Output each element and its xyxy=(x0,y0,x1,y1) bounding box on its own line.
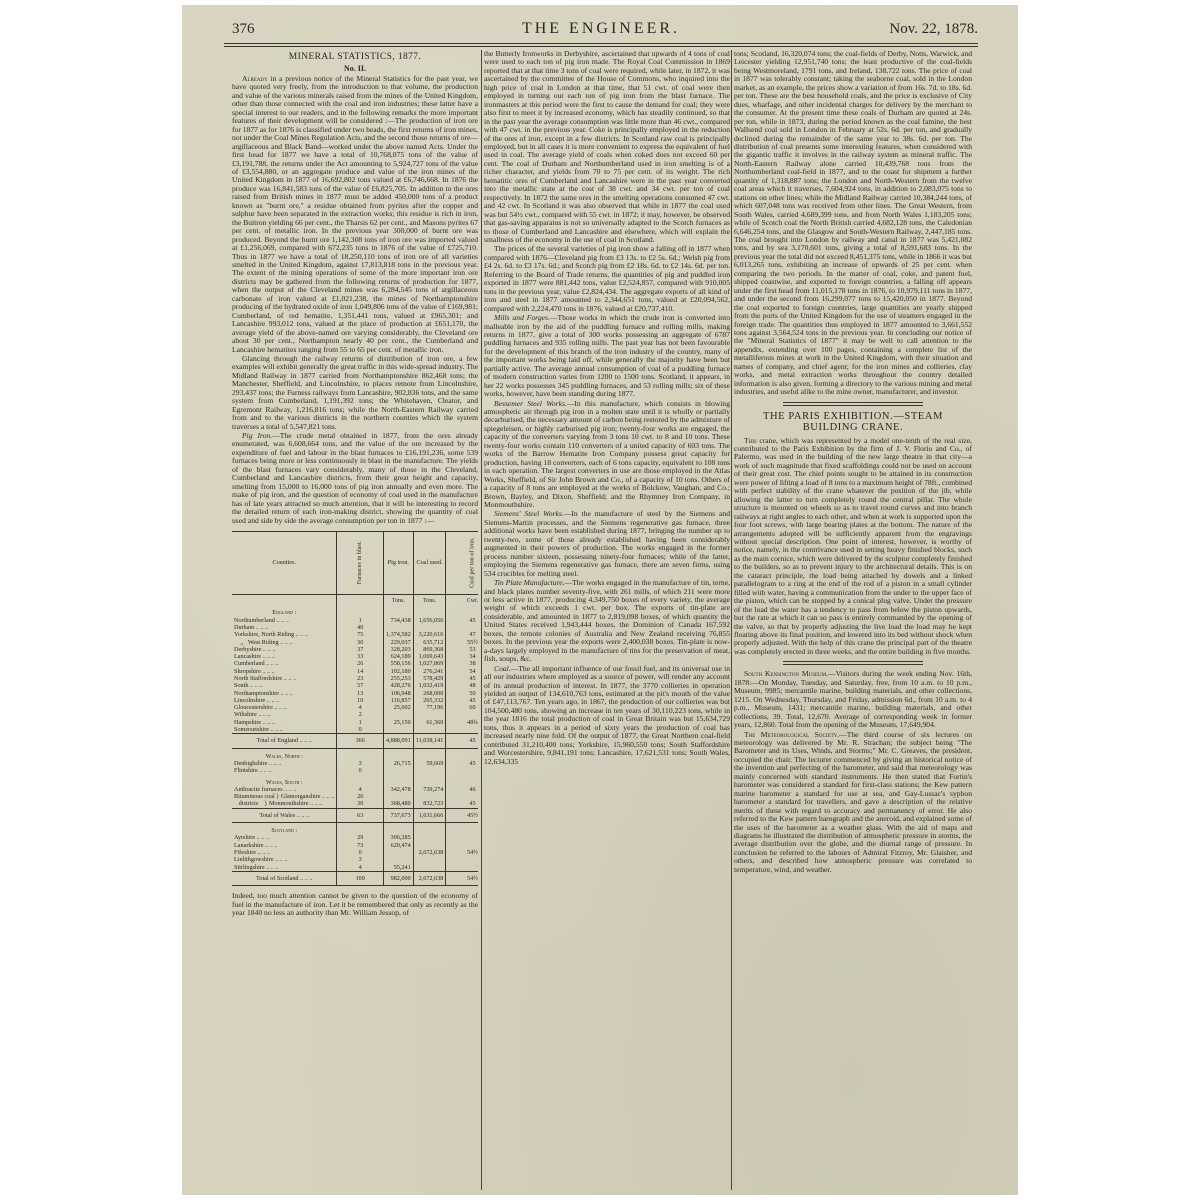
paragraph: Glancing through the railway returns of … xyxy=(232,355,478,431)
section-label: Wales, South : xyxy=(232,775,337,786)
issue-date: Nov. 22, 1878. xyxy=(889,21,978,38)
coal-per-ton-cwt: 46 xyxy=(446,786,478,793)
furnaces-count: 29 xyxy=(337,834,383,841)
pig-iron-coal-table: Counties. Furnaces in blast. Pig iron. C… xyxy=(232,531,478,886)
table-row: Fifeshire .. .. ..02,672,63854½ xyxy=(232,849,478,856)
coal-used-tons xyxy=(413,834,446,841)
coal-used-tons: 77,196 xyxy=(413,704,446,711)
column-header-furnaces: Furnaces in blast. xyxy=(337,532,383,595)
coal-per-ton-cwt: 60 xyxy=(446,704,478,711)
pig-iron-tons: 26,715 xyxy=(383,760,413,767)
county-name: Flintshire .. .. .. xyxy=(232,767,337,774)
coal-per-ton-cwt: 54½ xyxy=(446,849,478,856)
furnaces-count: 37 xyxy=(337,646,383,653)
table-cell xyxy=(446,775,478,786)
county-name: Yorkshire, North Riding .. .. .. xyxy=(232,631,337,638)
county-name: Durham .. .. .. xyxy=(232,624,337,631)
pig-iron-tons: 734,438 xyxy=(383,617,413,624)
table-row: North Staffordshire .. .. ..23255,253578… xyxy=(232,675,478,682)
masthead: 376 THE ENGINEER. Nov. 22, 1878. xyxy=(224,19,978,41)
table-cell xyxy=(337,605,383,616)
coal-used-tons xyxy=(413,624,446,631)
coal-per-ton-cwt xyxy=(446,842,478,849)
coal-used-tons xyxy=(413,856,446,863)
coal-used-tons: 1,069,643 xyxy=(413,653,446,660)
furnaces-count: 14 xyxy=(337,668,383,675)
table-row: Northumberland .. .. ..1734,4381,656,056… xyxy=(232,617,478,624)
table-cell: Cwt. xyxy=(446,595,478,606)
pig-iron-tons: 229,037 xyxy=(383,639,413,646)
pig-iron-tons: 1,374,582 xyxy=(383,631,413,638)
pig-iron-tons xyxy=(383,726,413,734)
coal-per-ton-cwt: 38 xyxy=(446,660,478,667)
coal-per-ton-cwt xyxy=(446,793,478,800)
table-total-row: Total of Scotland .. .. ..109982,0002,67… xyxy=(232,871,478,885)
pig-iron-tons: 328,203 xyxy=(383,646,413,653)
table-row: Wiltshire .. .. ..2 xyxy=(232,711,478,718)
table-row: Northamptonshire .. .. ..13106,948268,00… xyxy=(232,690,478,697)
table-row: districts } Monmouthshire .. .. ..30368,… xyxy=(232,800,478,808)
coal-used-tons: 265,332 xyxy=(413,697,446,704)
pig-iron-tons: 255,253 xyxy=(383,675,413,682)
coal-per-ton-cwt xyxy=(446,856,478,863)
county-name: Shropshire .. .. .. xyxy=(232,668,337,675)
pig-iron-tons: 25,150 xyxy=(383,719,413,726)
column-header-pig-iron: Pig iron. xyxy=(383,532,413,595)
furnaces-count: 0 xyxy=(337,767,383,774)
table-row: Ayrshire .. .. ..29306,285 xyxy=(232,834,478,841)
furnaces-count: 75 xyxy=(337,631,383,638)
column-2: the Butterly Ironworks in Derbyshire, as… xyxy=(484,50,730,1190)
coal-per-ton-cwt: 48¾ xyxy=(446,719,478,726)
county-name: Anthracite furnaces .. .. .. xyxy=(232,786,337,793)
county-name: Lancashire .. .. .. xyxy=(232,653,337,660)
county-name: Northamptonshire .. .. .. xyxy=(232,690,337,697)
furnaces-count: 366 xyxy=(337,734,383,748)
county-name: Linlithgowshire .. .. .. xyxy=(232,856,337,863)
masthead-rule xyxy=(224,43,978,47)
furnaces-count: 40 xyxy=(337,624,383,631)
coal-per-ton-cwt xyxy=(446,834,478,841)
table-cell xyxy=(337,775,383,786)
column-header-counties: Counties. xyxy=(232,532,337,595)
table-row: Lancashire .. .. ..33624,1891,069,64334 xyxy=(232,653,478,660)
furnaces-count: 57 xyxy=(337,682,383,689)
coal-per-ton-cwt: 53 xyxy=(446,646,478,653)
pig-iron-tons xyxy=(383,793,413,800)
coal-used-tons xyxy=(413,864,446,872)
paragraph: Already in a previous notice of the Mine… xyxy=(232,75,478,354)
coal-per-ton-cwt xyxy=(446,711,478,718)
coal-per-ton-cwt xyxy=(446,726,478,734)
table-row: Bituminous coal } Glamorganshire .. .. .… xyxy=(232,793,478,800)
section-label: Scotland : xyxy=(232,823,337,835)
coal-used-tons: 1,631,666 xyxy=(413,808,446,822)
county-name: Wiltshire .. .. .. xyxy=(232,711,337,718)
coal-used-tons: 869,368 xyxy=(413,646,446,653)
table-header-row: Counties. Furnaces in blast. Pig iron. C… xyxy=(232,532,478,595)
coal-used-tons xyxy=(413,842,446,849)
furnaces-count: 33 xyxy=(337,653,383,660)
pig-iron-tons: 558,156 xyxy=(383,660,413,667)
coal-used-tons: 1,032,419 xyxy=(413,682,446,689)
coal-used-tons: 1,027,869 xyxy=(413,660,446,667)
table-cell xyxy=(413,823,446,835)
table-total-row: Total of Wales .. .. ..63737,6731,631,66… xyxy=(232,808,478,822)
pig-iron-tons xyxy=(383,856,413,863)
table-cell xyxy=(413,775,446,786)
table-section-row: Scotland : xyxy=(232,823,478,835)
furnaces-count: 13 xyxy=(337,690,383,697)
furnaces-count: 30 xyxy=(337,639,383,646)
furnaces-count: 1 xyxy=(337,617,383,624)
coal-per-ton-cwt: 48 xyxy=(446,682,478,689)
pig-iron-tons: 102,180 xyxy=(383,668,413,675)
table-cell: Tons. xyxy=(383,595,413,606)
table-row: Lanarkshire .. .. ..73620,474 xyxy=(232,842,478,849)
table-cell xyxy=(413,605,446,616)
table-section-row: Wales, South : xyxy=(232,775,478,786)
furnaces-count: 4 xyxy=(337,786,383,793)
total-label: Total of Scotland .. .. .. xyxy=(232,871,337,885)
pig-iron-tons: 106,948 xyxy=(383,690,413,697)
coal-used-tons: 3,220,616 xyxy=(413,631,446,638)
county-name: Ayrshire .. .. .. xyxy=(232,834,337,841)
pig-iron-tons: 55,241 xyxy=(383,864,413,872)
table-row: Denbighshire .. .. ..326,71559,66945 xyxy=(232,760,478,767)
furnaces-count: 4 xyxy=(337,704,383,711)
coal-used-tons xyxy=(413,793,446,800)
county-name: Lanarkshire .. .. .. xyxy=(232,842,337,849)
section-label: England : xyxy=(232,605,337,616)
coal-used-tons: 2,672,638 xyxy=(413,871,446,885)
table-row: Cumberland .. .. ..26558,1561,027,86938 xyxy=(232,660,478,667)
furnaces-count: 26 xyxy=(337,660,383,667)
coal-per-ton-cwt xyxy=(446,767,478,774)
table-row: Hampshire .. .. ..125,15061,36048¾ xyxy=(232,719,478,726)
pig-iron-tons: 306,285 xyxy=(383,834,413,841)
paragraph: the Butterly Ironworks in Derbyshire, as… xyxy=(484,50,730,244)
pig-iron-tons xyxy=(383,849,413,856)
column-header-coal-per-ton: Coal per ton of iron. xyxy=(446,532,478,595)
coal-used-tons xyxy=(413,726,446,734)
furnaces-count: 0 xyxy=(337,726,383,734)
news-item: The Meteorological Society.—The third co… xyxy=(734,731,972,875)
table-units-row: Tons.Tons.Cwt. xyxy=(232,595,478,606)
coal-per-ton-cwt: 45 xyxy=(446,734,478,748)
table-row: Shropshire .. .. ..14102,180276,24154 xyxy=(232,668,478,675)
table-row: Flintshire .. .. ..0 xyxy=(232,767,478,774)
pig-iron-tons: 4,888,091 xyxy=(383,734,413,748)
total-label: Total of England .. .. .. xyxy=(232,734,337,748)
county-name: ,, West Riding .. .. .. xyxy=(232,639,337,646)
article-divider xyxy=(783,402,923,406)
table-row: Stirlingshire .. .. ..455,241 xyxy=(232,864,478,872)
pig-iron-tons: 737,673 xyxy=(383,808,413,822)
county-name: Gloucestershire .. .. .. xyxy=(232,704,337,711)
coal-per-ton-cwt: 50 xyxy=(446,690,478,697)
county-name: districts } Monmouthshire .. .. .. xyxy=(232,800,337,808)
paragraph: Mills and Forges.—Those works in which t… xyxy=(484,314,730,399)
furnaces-count: 26 xyxy=(337,793,383,800)
table-cell xyxy=(446,605,478,616)
publication-title: THE ENGINEER. xyxy=(224,20,978,38)
coal-used-tons: 578,429 xyxy=(413,675,446,682)
county-name: Lincolnshire .. .. .. xyxy=(232,697,337,704)
coal-used-tons: 61,360 xyxy=(413,719,446,726)
coal-per-ton-cwt: 47 xyxy=(446,631,478,638)
article-title: MINERAL STATISTICS, 1877. xyxy=(232,52,478,63)
pig-iron-tons xyxy=(383,711,413,718)
pig-iron-tons: 620,474 xyxy=(383,842,413,849)
table-section-row: England : xyxy=(232,605,478,616)
paragraph: Coal.—The all important influence of our… xyxy=(484,665,730,766)
coal-used-tons: 2,672,638 xyxy=(413,849,446,856)
county-name: North Staffordshire .. .. .. xyxy=(232,675,337,682)
coal-used-tons: 832,723 xyxy=(413,800,446,808)
paragraph: Bessemer Steel Works.—In this manufactur… xyxy=(484,400,730,510)
paragraph: Pig Iron.—The crude metal obtained in 18… xyxy=(232,432,478,525)
table-section-row: Wales, North : xyxy=(232,748,478,760)
coal-per-ton-cwt: 34 xyxy=(446,653,478,660)
county-name: South .. .. .. xyxy=(232,682,337,689)
paragraph: This crane, which was represented by a m… xyxy=(734,437,972,657)
table-cell xyxy=(446,823,478,835)
coal-per-ton-cwt xyxy=(446,624,478,631)
column-divider xyxy=(731,50,732,1190)
article-subtitle: No. II. xyxy=(232,64,478,74)
furnaces-count: 1 xyxy=(337,719,383,726)
county-name: Stirlingshire .. .. .. xyxy=(232,864,337,872)
newspaper-page: 376 THE ENGINEER. Nov. 22, 1878. MINERAL… xyxy=(182,5,1018,1195)
table-row: Linlithgowshire .. .. ..3 xyxy=(232,856,478,863)
column-header-coal-used: Coal used. xyxy=(413,532,446,595)
coal-used-tons: 276,241 xyxy=(413,668,446,675)
coal-per-ton-cwt: 54 xyxy=(446,668,478,675)
pig-iron-tons: 342,478 xyxy=(383,786,413,793)
coal-used-tons: 11,038,141 xyxy=(413,734,446,748)
article-title: THE PARIS EXHIBITION.—STEAM BUILDING CRA… xyxy=(734,411,972,434)
county-name: Bituminous coal } Glamorganshire .. .. .… xyxy=(232,793,337,800)
table-row: Somersetshire .. .. ..0 xyxy=(232,726,478,734)
pig-iron-tons: 624,189 xyxy=(383,653,413,660)
table-row: Durham .. .. ..40 xyxy=(232,624,478,631)
furnaces-count: 4 xyxy=(337,864,383,872)
column-3: tons; Scotland, 16,320,074 tons; the coa… xyxy=(734,50,972,1190)
coal-per-ton-cwt: 45½ xyxy=(446,808,478,822)
pig-iron-tons: 25,602 xyxy=(383,704,413,711)
coal-per-ton-cwt: 54½ xyxy=(446,871,478,885)
coal-per-ton-cwt: 45 xyxy=(446,617,478,624)
table-row: Derbyshire .. .. ..37328,203869,36853 xyxy=(232,646,478,653)
table-row: Gloucestershire .. .. ..425,60277,19660 xyxy=(232,704,478,711)
table-row: Anthracite furnaces .. .. ..4342,478739,… xyxy=(232,786,478,793)
furnaces-count: 109 xyxy=(337,871,383,885)
coal-per-ton-cwt: 45 xyxy=(446,760,478,767)
coal-per-ton-cwt xyxy=(446,864,478,872)
table-cell: Tons. xyxy=(413,595,446,606)
county-name: Northumberland .. .. .. xyxy=(232,617,337,624)
table-row: Yorkshire, North Riding .. .. ..751,374,… xyxy=(232,631,478,638)
section-label: Wales, North : xyxy=(232,748,337,760)
table-cell xyxy=(337,748,383,760)
coal-per-ton-cwt: 45 xyxy=(446,697,478,704)
pig-iron-tons: 982,000 xyxy=(383,871,413,885)
furnaces-count: 3 xyxy=(337,760,383,767)
furnaces-count: 2 xyxy=(337,711,383,718)
county-name: Cumberland .. .. .. xyxy=(232,660,337,667)
coal-per-ton-cwt: 45 xyxy=(446,675,478,682)
pig-iron-tons: 428,276 xyxy=(383,682,413,689)
table-total-row: Total of England .. .. ..3664,888,09111,… xyxy=(232,734,478,748)
paragraph: Tin Plate Manufacture.—The works engaged… xyxy=(484,579,730,664)
paragraph: tons; Scotland, 16,320,074 tons; the coa… xyxy=(734,50,972,397)
table-cell xyxy=(383,823,413,835)
table-cell xyxy=(337,823,383,835)
table-row: Lincolnshire .. .. ..10116,857265,33245 xyxy=(232,697,478,704)
paragraph: The prices of the several varieties of p… xyxy=(484,245,730,313)
table-row: South .. .. ..57428,2761,032,41948 xyxy=(232,682,478,689)
coal-used-tons: 268,000 xyxy=(413,690,446,697)
furnaces-count: 30 xyxy=(337,800,383,808)
paragraph: Siemens' Steel Works.—In the manufacture… xyxy=(484,510,730,578)
furnaces-count: 0 xyxy=(337,849,383,856)
total-label: Total of Wales .. .. .. xyxy=(232,808,337,822)
pig-iron-tons: 368,480 xyxy=(383,800,413,808)
pig-iron-tons: 116,857 xyxy=(383,697,413,704)
furnaces-count: 73 xyxy=(337,842,383,849)
coal-used-tons: 739,274 xyxy=(413,786,446,793)
county-name: Fifeshire .. .. .. xyxy=(232,849,337,856)
table-cell xyxy=(337,595,383,606)
furnaces-count: 63 xyxy=(337,808,383,822)
table-cell xyxy=(383,605,413,616)
table-cell xyxy=(232,595,337,606)
column-1: MINERAL STATISTICS, 1877. No. II. Alread… xyxy=(232,50,478,1190)
coal-used-tons: 59,669 xyxy=(413,760,446,767)
coal-per-ton-cwt: 55½ xyxy=(446,639,478,646)
article-divider xyxy=(783,661,923,665)
pig-iron-tons xyxy=(383,624,413,631)
county-name: Derbyshire .. .. .. xyxy=(232,646,337,653)
coal-used-tons: 1,656,056 xyxy=(413,617,446,624)
pig-iron-tons xyxy=(383,767,413,774)
table-cell xyxy=(446,748,478,760)
coal-used-tons: 635,712 xyxy=(413,639,446,646)
paragraph: Indeed, too much attention cannot be giv… xyxy=(232,892,478,917)
furnaces-count: 10 xyxy=(337,697,383,704)
coal-per-ton-cwt: 45 xyxy=(446,800,478,808)
news-item: South Kensington Museum.—Visitors during… xyxy=(734,670,972,729)
table-cell xyxy=(383,748,413,760)
table-cell xyxy=(413,748,446,760)
furnaces-count: 3 xyxy=(337,856,383,863)
coal-used-tons xyxy=(413,767,446,774)
table-row: ,, West Riding .. .. ..30229,037635,7125… xyxy=(232,639,478,646)
coal-used-tons xyxy=(413,711,446,718)
table-cell xyxy=(383,775,413,786)
column-divider xyxy=(481,50,482,1190)
county-name: Hampshire .. .. .. xyxy=(232,719,337,726)
county-name: Somersetshire .. .. .. xyxy=(232,726,337,734)
furnaces-count: 23 xyxy=(337,675,383,682)
county-name: Denbighshire .. .. .. xyxy=(232,760,337,767)
